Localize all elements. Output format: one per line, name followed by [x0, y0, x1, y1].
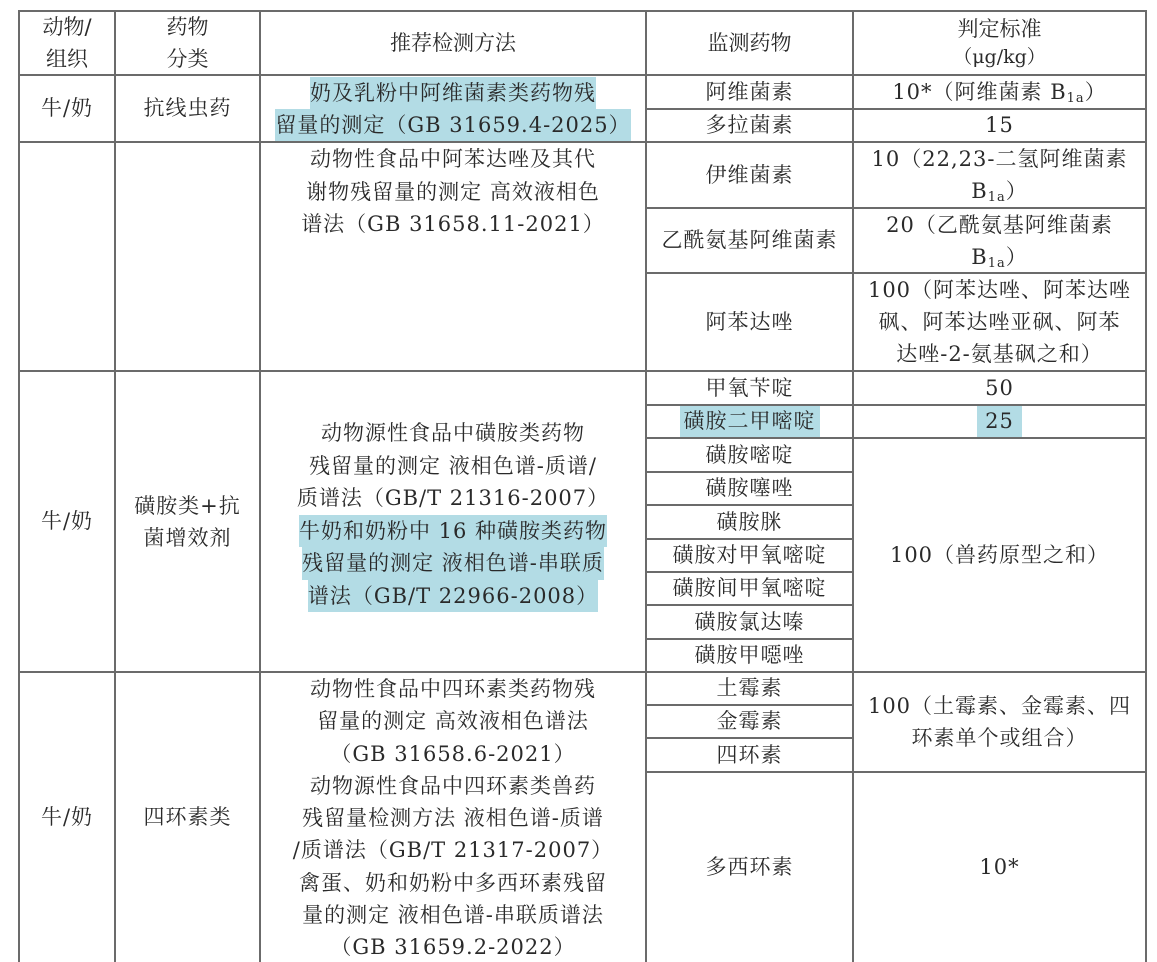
group3-drug3: 多西环素	[647, 773, 852, 962]
group0-drug0: 阿维菌素	[647, 76, 852, 108]
header-method: 推荐检测方法	[261, 11, 645, 75]
standard-line: 100（土霉素、金霉素、四	[868, 690, 1131, 722]
header-drug-category: 药物 分类	[116, 11, 259, 75]
group3-drug2: 四环素	[647, 739, 852, 771]
method-line: 谱法（GB 31658.11-2021）	[301, 208, 605, 241]
group2-standard1: 25	[854, 406, 1145, 437]
row-divider	[645, 437, 1147, 439]
col-divider-3	[645, 10, 647, 962]
method-line: 动物源性食品中四环素类兽药	[310, 770, 596, 802]
method-line: 奶及乳粉中阿维菌素类药物残	[310, 77, 596, 109]
group3-standard3: 10*	[854, 773, 1145, 962]
drug-name: 土霉素	[717, 672, 783, 705]
category-line: 菌增效剂	[144, 522, 232, 554]
category-line: 磺胺类+抗	[134, 490, 241, 522]
category-label: 四环素类	[144, 801, 232, 834]
header-monitored-drug: 监测药物	[647, 11, 852, 75]
col-divider-1	[114, 10, 116, 962]
row-divider	[645, 771, 1147, 773]
method-line: 动物性食品中四环素类药物残	[310, 673, 596, 705]
method-line: 残留量检测方法 液相色谱-质谱	[302, 802, 604, 834]
group0-category: 抗线虫药	[116, 76, 259, 141]
group1-method: 动物性食品中阿苯达唑及其代 谢物残留量的测定 高效液相色 谱法（GB 31658…	[261, 143, 645, 370]
group0-standard0: 10*（阿维菌素 B1a）	[854, 76, 1145, 108]
drug-name: 多拉菌素	[706, 109, 794, 142]
group0-animal: 牛/奶	[20, 76, 114, 141]
drug-name: 磺胺脒	[717, 506, 783, 539]
group3-drug1: 金霉素	[647, 706, 852, 737]
drug-name: 磺胺甲噁唑	[695, 639, 805, 672]
method-line: 动物源性食品中磺胺类药物	[321, 417, 585, 450]
method-line: 禽蛋、奶和奶粉中多西环素残留	[299, 867, 607, 899]
method-line: （GB 31659.2-2022）	[330, 931, 575, 962]
group1-drug1: 乙酰氨基阿维菌素	[647, 209, 852, 272]
group2-drug3: 磺胺噻唑	[647, 473, 852, 504]
standard-line: 达唑-2-氨基砜之和）	[896, 338, 1103, 370]
drug-name: 阿维菌素	[706, 76, 794, 109]
drug-name: 磺胺氯达嗪	[695, 606, 805, 639]
standard-line: 20（乙酰氨基阿维菌素	[886, 209, 1113, 241]
animal-label: 牛/奶	[41, 505, 93, 538]
group2-shared-standard: 100（兽药原型之和）	[854, 439, 1145, 671]
method-line: 量的测定 液相色谱-串联质谱法	[302, 899, 604, 931]
row-divider	[645, 604, 854, 606]
method-line: 留量的测定 高效液相色谱法	[317, 705, 589, 737]
group2-drug8: 磺胺甲噁唑	[647, 640, 852, 671]
group3-shared-standard: 100（土霉素、金霉素、四 环素单个或组合）	[854, 673, 1145, 771]
group2-drug0: 甲氧苄啶	[647, 372, 852, 404]
header-standard-label: 判定标准	[958, 15, 1042, 43]
header-standard: 判定标准 （μg/kg）	[854, 11, 1145, 75]
group2-drug6: 磺胺间甲氧嘧啶	[647, 573, 852, 604]
group0-method: 奶及乳粉中阿维菌素类药物残 留量的测定（GB 31659.4-2025）	[261, 76, 645, 141]
row-divider	[645, 737, 854, 739]
standard-value: 10*（阿维菌素 B1a）	[892, 76, 1106, 109]
method-line-highlighted: 残留量的测定 液相色谱-串联质	[302, 547, 604, 580]
border-top	[18, 10, 1147, 12]
drug-name-highlighted: 磺胺二甲嘧啶	[680, 405, 820, 438]
drug-name: 磺胺嘧啶	[706, 439, 794, 472]
header-animal-tissue: 动物/ 组织	[20, 11, 114, 75]
method-line: /质谱法（GB/T 21317-2007）	[293, 834, 613, 866]
drug-name: 磺胺对甲氧嘧啶	[673, 539, 827, 572]
group0-drug1: 多拉菌素	[647, 110, 852, 141]
group3-drug0: 土霉素	[647, 673, 852, 704]
drug-name: 乙酰氨基阿维菌素	[662, 224, 838, 257]
group0-standard1: 15	[854, 110, 1145, 141]
row-divider	[645, 471, 854, 473]
header-drug-label: 监测药物	[708, 27, 792, 59]
group1-drug0: 伊维菌素	[647, 143, 852, 207]
group2-drug2: 磺胺嘧啶	[647, 439, 852, 471]
method-line-highlighted: 牛奶和奶粉中 16 种磺胺类药物	[299, 515, 607, 548]
row-divider	[645, 404, 1147, 406]
category-label: 抗线虫药	[144, 92, 232, 125]
border-right	[1145, 10, 1147, 962]
drug-name: 阿苯达唑	[706, 306, 794, 339]
group1-standard0: 10（22,23-二氢阿维菌素 B1a）	[854, 143, 1145, 207]
group2-category: 磺胺类+抗 菌增效剂	[116, 372, 259, 671]
header-divider	[18, 74, 1147, 76]
standard-line: 环素单个或组合）	[912, 722, 1088, 754]
group1-animal	[20, 143, 114, 370]
group1-drug2: 阿苯达唑	[647, 274, 852, 370]
standard-line: 100（阿苯达唑、阿苯达唑	[868, 274, 1131, 306]
drug-name: 四环素	[717, 739, 783, 772]
drug-name: 磺胺间甲氧嘧啶	[673, 572, 827, 605]
standard-value: 10*	[979, 851, 1019, 884]
group1-standard2: 100（阿苯达唑、阿苯达唑 砜、阿苯达唑亚砜、阿苯 达唑-2-氨基砜之和）	[854, 274, 1145, 370]
row-divider	[645, 504, 854, 506]
group2-drug1: 磺胺二甲嘧啶	[647, 406, 852, 437]
standard-line: B1a）	[971, 175, 1027, 207]
method-line: 留量的测定（GB 31659.4-2025）	[275, 109, 630, 141]
row-divider	[645, 638, 854, 640]
standard-value: 50	[985, 372, 1014, 405]
group3-category: 四环素类	[116, 673, 259, 962]
drug-name: 磺胺噻唑	[706, 472, 794, 505]
group2-drug5: 磺胺对甲氧嘧啶	[647, 540, 852, 571]
group2-method: 动物源性食品中磺胺类药物 残留量的测定 液相色谱-质谱/ 质谱法（GB/T 21…	[261, 372, 645, 671]
row-divider	[645, 272, 1147, 274]
header-category-label: 药物 分类	[167, 11, 209, 75]
group3-method: 动物性食品中四环素类药物残 留量的测定 高效液相色谱法 （GB 31658.6-…	[261, 673, 645, 962]
group-divider-2	[18, 370, 1147, 372]
group-divider-1	[18, 141, 1147, 143]
group2-standard0: 50	[854, 372, 1145, 404]
col-divider-2	[259, 10, 261, 962]
drug-name: 甲氧苄啶	[706, 372, 794, 405]
drug-name: 伊维菌素	[706, 159, 794, 192]
standard-line: 10（22,23-二氢阿维菌素	[872, 143, 1128, 175]
group1-standard1: 20（乙酰氨基阿维菌素 B1a）	[854, 209, 1145, 272]
method-line: （GB 31658.6-2021）	[330, 738, 575, 770]
row-divider	[645, 704, 854, 706]
row-divider	[645, 108, 1147, 110]
method-line-highlighted: 谱法（GB/T 22966-2008）	[308, 580, 598, 613]
group3-animal: 牛/奶	[20, 673, 114, 962]
method-line: 动物性食品中阿苯达唑及其代	[310, 143, 596, 176]
method-line: 残留量的测定 液相色谱-质谱/	[309, 450, 597, 483]
standard-line: 砜、阿苯达唑亚砜、阿苯	[879, 306, 1121, 338]
standard-value: 100（兽药原型之和）	[890, 539, 1109, 572]
group-divider-3	[18, 671, 1147, 673]
standard-value-highlighted: 25	[977, 405, 1022, 438]
header-standard-unit: （μg/kg）	[953, 43, 1046, 71]
drug-name: 多西环素	[706, 851, 794, 884]
group2-drug4: 磺胺脒	[647, 506, 852, 538]
group1-category	[116, 143, 259, 370]
method-line: 质谱法（GB/T 21316-2007）	[297, 482, 609, 515]
row-divider	[645, 538, 854, 540]
group2-drug7: 磺胺氯达嗪	[647, 606, 852, 638]
border-left	[18, 10, 20, 962]
standard-value: 15	[985, 109, 1014, 142]
drug-name: 金霉素	[717, 705, 783, 738]
standard-line: B1a）	[971, 241, 1027, 273]
row-divider	[645, 571, 854, 573]
row-divider	[645, 207, 1147, 209]
animal-label: 牛/奶	[41, 92, 93, 125]
method-line: 谢物残留量的测定 高效液相色	[306, 176, 600, 209]
group2-animal: 牛/奶	[20, 372, 114, 671]
header-method-label: 推荐检测方法	[390, 27, 516, 59]
header-animal-label: 动物/ 组织	[42, 11, 91, 75]
col-divider-4	[852, 10, 854, 962]
animal-label: 牛/奶	[41, 801, 93, 834]
